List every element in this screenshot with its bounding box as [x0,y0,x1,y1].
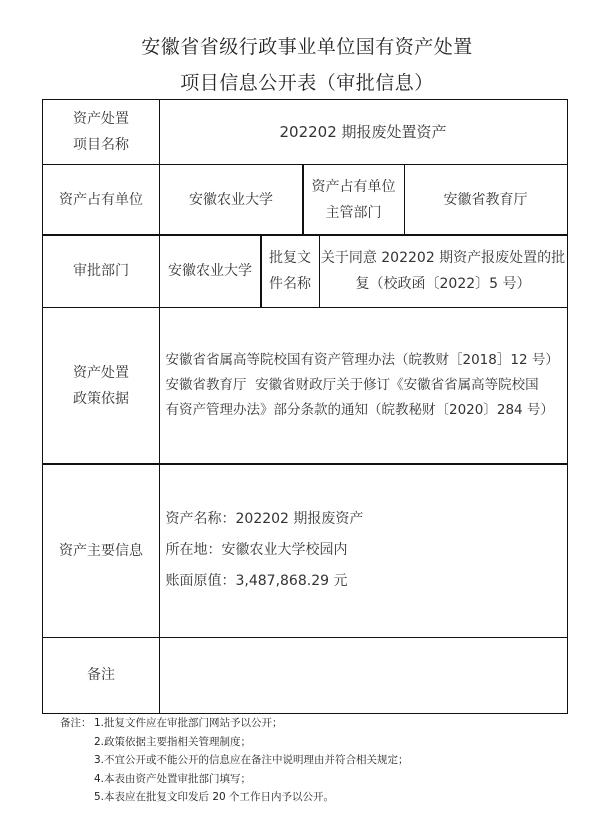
approval-doc-value: 关于同意 202202 期资产报废处置的批 复（校政函〔2022〕5 号） [319,234,568,308]
value-line: 关于同意 202202 期资产报废处置的批 [321,245,565,271]
owner-value: 安徽农业大学 [159,164,304,236]
value-text: 202202 期报废处置资产 [279,119,446,145]
label-line: 项目名称 [73,132,129,158]
approval-dept-label: 审批部门 [42,234,160,308]
project-name-label: 资产处置 项目名称 [42,99,160,165]
asset-value-line: 账面原值：3,487,868.29 元 [166,566,348,597]
label-line: 资产处置 [73,106,129,132]
label-line: 件名称 [269,271,311,297]
footnotes-label: 备注： [60,714,94,733]
label-text: 备注 [87,662,115,688]
document-title-line1: 安徽省省级行政事业单位国有资产处置 [0,32,614,59]
value-text: 安徽农业大学 [168,258,252,284]
label-line: 主管部门 [326,200,382,226]
label-line: 政策依据 [73,386,129,412]
policy-line: 安徽省省属高等院校国有资产管理办法（皖教财［2018］12 号） [166,348,559,373]
owner-label: 资产占有单位 [42,164,160,236]
remarks-label: 备注 [42,637,160,714]
footnote-item: 2.政策依据主要指相关管理制度； [94,733,409,752]
footnote-item: 5.本表应在批复文印发后 20 个工作日内予以公开。 [94,788,409,807]
asset-info-value: 资产名称：202202 期报废资产 所在地：安徽农业大学校园内 账面原值：3,4… [159,463,568,638]
approval-doc-label: 批复文 件名称 [260,234,320,308]
footnote-item: 4.本表由资产处置审批部门填写； [94,770,409,789]
supervisor-label: 资产占有单位 主管部门 [302,164,405,236]
label-line: 资产处置 [73,360,129,386]
footnote-item: 1.批复文件应在审批部门网站予以公开； [94,714,409,733]
label-line: 批复文 [269,245,311,271]
supervisor-value: 安徽省教育厅 [404,164,568,236]
asset-location-line: 所在地：安徽农业大学校园内 [166,535,348,566]
project-name-value: 202202 期报废处置资产 [159,99,568,165]
policy-value: 安徽省省属高等院校国有资产管理办法（皖教财［2018］12 号） 安徽省教育厅 … [159,307,568,465]
label-text: 审批部门 [73,258,129,284]
label-line: 资产占有单位 [312,174,396,200]
approval-dept-value: 安徽农业大学 [159,234,262,308]
remarks-value [159,637,568,714]
policy-line: 安徽省教育厅 安徽省财政厅关于修订《安徽省省属高等院校国 [166,373,539,398]
document-title-line2: 项目信息公开表（审批信息） [0,68,614,95]
value-text: 安徽农业大学 [189,187,273,213]
value-line: 复（校政函〔2022〕5 号） [356,271,531,297]
label-text: 资产占有单位 [59,187,143,213]
footnote-item: 3.不宜公开或不能公开的信息应在备注中说明理由并符合相关规定； [94,751,409,770]
label-text: 资产主要信息 [59,538,143,564]
asset-name-line: 资产名称：202202 期报废资产 [166,504,364,535]
policy-label: 资产处置 政策依据 [42,307,160,465]
asset-info-label: 资产主要信息 [42,463,160,638]
policy-line: 有资产管理办法》部分条款的通知（皖教秘财〔2020〕284 号） [166,398,554,423]
value-text: 安徽省教育厅 [444,187,528,213]
